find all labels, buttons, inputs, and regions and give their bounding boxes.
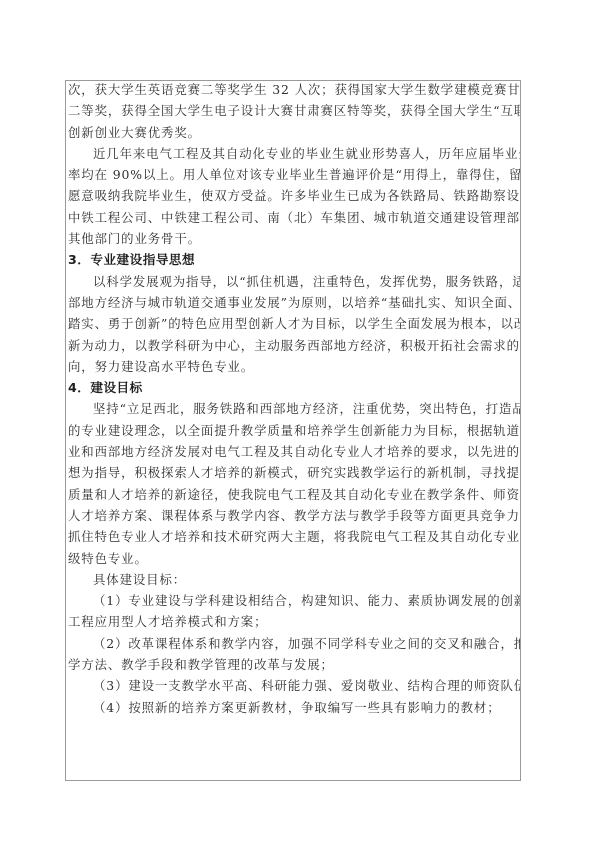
specific-goals-label: 具体建设目标： xyxy=(68,569,520,590)
text-line: 部地方经济与城市轨道交通事业发展”为原则，以培养“基础扎实、知识全面、勤奋 xyxy=(68,292,520,313)
text-line: 率均在 90%以上。用人单位对该专业毕业生普遍评价是“用得上，靠得住，留得下”， xyxy=(68,164,520,185)
text-line: 其他部门的业务骨干。 xyxy=(68,228,520,249)
text-line: 的专业建设理念，以全面提升教学质量和培养学生创新能力为目标，根据轨道交通事 xyxy=(68,420,520,441)
section-3-heading: 3．专业建设指导思想 xyxy=(68,249,520,270)
document-body: 次，获大学生英语竞赛二等奖学生 32 人次；获得国家大学生数学建模竞赛甘肃赛区 … xyxy=(68,79,520,718)
text-line: 抓住特色专业人才培养和技术研究两大主题，将我院电气工程及其自动化专业办成省 xyxy=(68,526,520,547)
goal-item-1: （1）专业建设与学科建设相结合，构建知识、能力、素质协调发展的创新型、 工程应用… xyxy=(68,590,520,633)
text-line: 二等奖，获得全国大学生电子设计大赛甘肃赛区特等奖，获得全国大学生“互联网+” xyxy=(68,100,520,121)
goal-item-4: （4）按照新的培养方案更新教材，争取编写一些具有影响力的教材； xyxy=(68,697,520,718)
text-line: 次，获大学生英语竞赛二等奖学生 32 人次；获得国家大学生数学建模竞赛甘肃赛区 xyxy=(68,79,520,100)
text-line: 向，努力建设高水平特色专业。 xyxy=(68,356,520,377)
text-line: （1）专业建设与学科建设相结合，构建知识、能力、素质协调发展的创新型、 xyxy=(68,590,520,611)
text-line: 想为指导，积极探索人才培养的新模式，研究实践教学运行的新机制，寻找提高教学 xyxy=(68,462,520,483)
guiding-ideology-paragraph: 以科学发展观为指导，以“抓住机遇，注重特色，发挥优势，服务铁路，适应西 部地方经… xyxy=(68,271,520,377)
text-line: 业和西部地方经济发展对电气工程及其自动化专业人才培养的要求，以先进的教育思 xyxy=(68,441,520,462)
goal-item-2: （2）改革课程体系和教学内容，加强不同学科专业之间的交叉和融合，推进教 学方法、… xyxy=(68,633,520,676)
text-line: 中铁工程公司、中铁建工程公司、南（北）车集团、城市轨道交通建设管理部门以及 xyxy=(68,207,520,228)
text-line: （3）建设一支教学水平高、科研能力强、爱岗敬业、结构合理的师资队伍； xyxy=(68,675,520,696)
text-line: （4）按照新的培养方案更新教材，争取编写一些具有影响力的教材； xyxy=(68,697,520,718)
text-line: 学方法、教学手段和教学管理的改革与发展； xyxy=(68,654,520,675)
construction-goal-paragraph: 坚持“立足西北，服务铁路和西部地方经济，注重优势，突出特色，打造品牌” 的专业建… xyxy=(68,398,520,568)
text-line: 创新创业大赛优秀奖。 xyxy=(68,122,520,143)
text-line: 新为动力，以教学科研为中心，主动服务西部地方经济，积极开拓社会需求的专业方 xyxy=(68,335,520,356)
text-line: 踏实、勇于创新”的特色应用型创新人才为目标，以学生全面发展为根本，以改革创 xyxy=(68,313,520,334)
text-line: 以科学发展观为指导，以“抓住机遇，注重特色，发挥优势，服务铁路，适应西 xyxy=(68,271,520,292)
text-line: 质量和人才培养的新途径，使我院电气工程及其自动化专业在教学条件、师资队伍、 xyxy=(68,484,520,505)
section-4-heading: 4．建设目标 xyxy=(68,377,520,398)
text-line: 级特色专业。 xyxy=(68,548,520,569)
goal-item-3: （3）建设一支教学水平高、科研能力强、爱岗敬业、结构合理的师资队伍； xyxy=(68,675,520,696)
text-line: 工程应用型人才培养模式和方案； xyxy=(68,611,520,632)
text-line: 愿意吸纳我院毕业生，使双方受益。许多毕业生已成为各铁路局、铁路勘察设计院、 xyxy=(68,185,520,206)
text-line: （2）改革课程体系和教学内容，加强不同学科专业之间的交叉和融合，推进教 xyxy=(68,633,520,654)
employment-paragraph: 近几年来电气工程及其自动化专业的毕业生就业形势喜人，历年应届毕业生就业 率均在 … xyxy=(68,143,520,249)
text-line: 坚持“立足西北，服务铁路和西部地方经济，注重优势，突出特色，打造品牌” xyxy=(68,398,520,419)
awards-paragraph: 次，获大学生英语竞赛二等奖学生 32 人次；获得国家大学生数学建模竞赛甘肃赛区 … xyxy=(68,79,520,143)
text-line: 近几年来电气工程及其自动化专业的毕业生就业形势喜人，历年应届毕业生就业 xyxy=(68,143,520,164)
text-line: 人才培养方案、课程体系与教学内容、教学方法与教学手段等方面更具竞争力，紧紧 xyxy=(68,505,520,526)
